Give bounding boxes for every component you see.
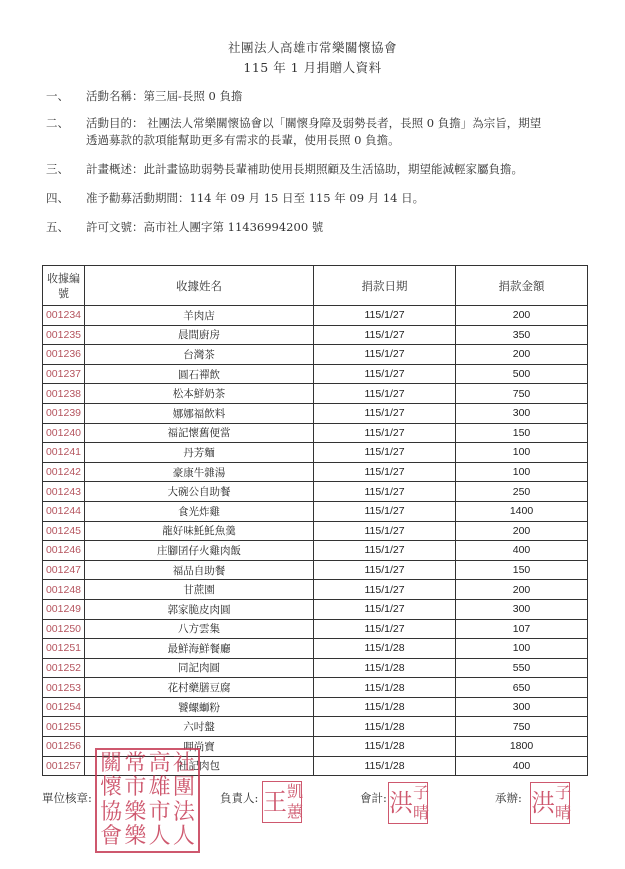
receipt-name-cell: 最鮮海鮮餐廳 xyxy=(85,639,314,659)
seal-char: 市 xyxy=(148,801,172,825)
seal-char: 懷 xyxy=(99,776,123,800)
receipt-id-cell: 001247 xyxy=(43,560,85,580)
donation-amount-cell: 1400 xyxy=(456,501,588,521)
info-item-period: 四、 准予勸募活動期間：114 年 09 月 15 日至 115 年 09 月 … xyxy=(46,190,84,207)
info-item-permit: 五、 許可文號：高市社人團字第 11436994200 號 xyxy=(46,219,84,236)
table-row: 001242豪康牛雜湯115/1/27100 xyxy=(43,462,588,482)
donation-date-cell: 115/1/27 xyxy=(314,403,456,423)
seal-char: 人 xyxy=(148,825,172,849)
donation-amount-cell: 350 xyxy=(456,325,588,345)
receipt-id-cell: 001254 xyxy=(43,697,85,717)
table-row: 001243大碗公自助餐115/1/27250 xyxy=(43,482,588,502)
receipt-name-cell: 八方雲集 xyxy=(85,619,314,639)
item-text: 活動目的： 社團法人常樂關懷協會以「關懷身障及弱勢長者，長照 0 負擔」為宗旨，… xyxy=(86,115,606,132)
seal-char: 蕙 xyxy=(287,802,303,822)
table-row: 001248甘蔗園115/1/27200 xyxy=(43,580,588,600)
receipt-name-cell: 晨間廚房 xyxy=(85,325,314,345)
seal-char: 洪 xyxy=(531,783,555,823)
table-row: 001234羊肉店115/1/27200 xyxy=(43,306,588,326)
donation-date-cell: 115/1/27 xyxy=(314,443,456,463)
donation-amount-cell: 500 xyxy=(456,364,588,384)
donation-amount-cell: 550 xyxy=(456,658,588,678)
donation-amount-cell: 400 xyxy=(456,541,588,561)
receipt-name-cell: 龍好味魠魠魚羹 xyxy=(85,521,314,541)
accountant-seal: 子 洪 晴 xyxy=(388,782,428,824)
donation-amount-cell: 200 xyxy=(456,345,588,365)
receipt-id-cell: 001244 xyxy=(43,501,85,521)
receipt-name-cell: 松本鮮奶茶 xyxy=(85,384,314,404)
table-row: 001255六吋盤115/1/28750 xyxy=(43,717,588,737)
receipt-id-cell: 001250 xyxy=(43,619,85,639)
donation-amount-cell: 1800 xyxy=(456,737,588,757)
donation-amount-cell: 150 xyxy=(456,560,588,580)
info-item-purpose: 二、 活動目的： 社團法人常樂關懷協會以「關懷身障及弱勢長者，長照 0 負擔」為… xyxy=(46,115,84,132)
donation-amount-cell: 100 xyxy=(456,443,588,463)
donation-amount-cell: 150 xyxy=(456,423,588,443)
donation-amount-cell: 750 xyxy=(456,717,588,737)
receipt-name-cell: 圓石禪飲 xyxy=(85,364,314,384)
table-row: 001251最鮮海鮮餐廳115/1/28100 xyxy=(43,639,588,659)
item-number: 一、 xyxy=(46,88,84,105)
seal-char: 常 xyxy=(123,752,147,776)
table-row: 001246庄腳囝仔火雞肉飯115/1/27400 xyxy=(43,541,588,561)
donation-date-cell: 115/1/27 xyxy=(314,345,456,365)
item-number: 四、 xyxy=(46,190,84,207)
table-row: 001238松本鮮奶茶115/1/27750 xyxy=(43,384,588,404)
donation-date-cell: 115/1/27 xyxy=(314,560,456,580)
item-number: 三、 xyxy=(46,161,84,178)
seal-char: 洪 xyxy=(389,783,413,823)
item-text: 計畫概述：此計畫協助弱勢長輩補助使用長期照顧及生活協助，期望能減輕家屬負擔。 xyxy=(86,161,606,178)
table-row: 001254饕螺螄粉115/1/28300 xyxy=(43,697,588,717)
receipt-id-cell: 001237 xyxy=(43,364,85,384)
donation-date-cell: 115/1/28 xyxy=(314,737,456,757)
accountant-label: 會計: xyxy=(360,790,387,806)
receipt-id-cell: 001238 xyxy=(43,384,85,404)
receipt-name-cell: 娜娜福飲料 xyxy=(85,403,314,423)
seal-char: 晴 xyxy=(555,803,571,823)
receipt-name-cell: 福記懷舊便當 xyxy=(85,423,314,443)
table-row: 001252同記肉圓115/1/28550 xyxy=(43,658,588,678)
receipt-name-cell: 福品自助餐 xyxy=(85,560,314,580)
receipt-id-cell: 001243 xyxy=(43,482,85,502)
item-number: 五、 xyxy=(46,219,84,236)
item-text: 活動名稱：第三屆-長照 0 負擔 xyxy=(86,88,606,105)
handler-label: 承辦: xyxy=(495,790,522,806)
item-text-continued: 透過募款的款項能幫助更多有需求的長輩，使用長照 0 負擔。 xyxy=(86,132,400,149)
receipt-id-cell: 001234 xyxy=(43,306,85,326)
receipt-id-cell: 001255 xyxy=(43,717,85,737)
donation-date-cell: 115/1/27 xyxy=(314,541,456,561)
receipt-name-cell: 羊肉店 xyxy=(85,306,314,326)
seal-char: 人 xyxy=(172,825,196,849)
donation-amount-cell: 200 xyxy=(456,306,588,326)
donation-date-cell: 115/1/28 xyxy=(314,658,456,678)
seal-char: 雄 xyxy=(148,776,172,800)
unit-seal-label: 單位核章: xyxy=(42,790,92,806)
donation-date-cell: 115/1/27 xyxy=(314,462,456,482)
seal-char: 凱 xyxy=(287,782,303,802)
receipt-id-cell: 001256 xyxy=(43,737,85,757)
receipt-name-cell: 大碗公自助餐 xyxy=(85,482,314,502)
responsible-person-seal: 凱 王 蕙 xyxy=(262,781,302,823)
table-row: 001240福記懷舊便當115/1/27150 xyxy=(43,423,588,443)
info-item-overview: 三、 計畫概述：此計畫協助弱勢長輩補助使用長期照顧及生活協助，期望能減輕家屬負擔… xyxy=(46,161,84,178)
seal-char: 王 xyxy=(263,782,287,822)
receipt-name-cell: 丹芳麵 xyxy=(85,443,314,463)
table-row: 001244食光炸雞115/1/271400 xyxy=(43,501,588,521)
donation-amount-cell: 400 xyxy=(456,756,588,776)
receipt-name-cell: 食光炸雞 xyxy=(85,501,314,521)
handler-seal: 子 洪 晴 xyxy=(530,782,570,824)
receipt-name-cell: 花村藥膳豆腐 xyxy=(85,678,314,698)
donation-date-cell: 115/1/28 xyxy=(314,756,456,776)
donation-date-cell: 115/1/27 xyxy=(314,501,456,521)
seal-char: 市 xyxy=(123,776,147,800)
table-row: 001236台灣茶115/1/27200 xyxy=(43,345,588,365)
receipt-id-cell: 001242 xyxy=(43,462,85,482)
receipt-id-cell: 001249 xyxy=(43,599,85,619)
donation-amount-cell: 750 xyxy=(456,384,588,404)
donation-date-cell: 115/1/27 xyxy=(314,521,456,541)
receipt-name-cell: 台灣茶 xyxy=(85,345,314,365)
receipt-name-cell: 庄腳囝仔火雞肉飯 xyxy=(85,541,314,561)
donation-amount-cell: 300 xyxy=(456,403,588,423)
receipt-id-cell: 001246 xyxy=(43,541,85,561)
item-number: 二、 xyxy=(46,115,84,132)
column-header-receipt-id: 收據編號 xyxy=(43,266,85,306)
receipt-id-cell: 001236 xyxy=(43,345,85,365)
table-header-row: 收據編號 收據姓名 捐款日期 捐款金額 xyxy=(43,266,588,306)
document-title: 115 年 1 月捐贈人資料 xyxy=(0,58,625,76)
table-row: 001237圓石禪飲115/1/27500 xyxy=(43,364,588,384)
receipt-name-cell: 郭家脆皮肉圓 xyxy=(85,599,314,619)
table-row: 001245龍好味魠魠魚羹115/1/27200 xyxy=(43,521,588,541)
receipt-name-cell: 甘蔗園 xyxy=(85,580,314,600)
table-row: 001253花村藥膳豆腐115/1/28650 xyxy=(43,678,588,698)
donation-date-cell: 115/1/27 xyxy=(314,599,456,619)
donation-amount-cell: 300 xyxy=(456,599,588,619)
seal-char: 會 xyxy=(99,825,123,849)
table-row: 001250八方雲集115/1/27107 xyxy=(43,619,588,639)
donation-date-cell: 115/1/27 xyxy=(314,619,456,639)
org-name: 社團法人高雄市常樂關懷協會 xyxy=(0,38,625,56)
seal-char: 協 xyxy=(99,801,123,825)
receipt-id-cell: 001241 xyxy=(43,443,85,463)
seal-char: 晴 xyxy=(413,803,429,823)
donation-date-cell: 115/1/28 xyxy=(314,717,456,737)
donation-amount-cell: 650 xyxy=(456,678,588,698)
donation-amount-cell: 200 xyxy=(456,521,588,541)
donation-date-cell: 115/1/27 xyxy=(314,364,456,384)
donation-amount-cell: 100 xyxy=(456,462,588,482)
seal-char: 團 xyxy=(172,776,196,800)
donation-amount-cell: 100 xyxy=(456,639,588,659)
table-row: 001235晨間廚房115/1/27350 xyxy=(43,325,588,345)
donation-date-cell: 115/1/28 xyxy=(314,639,456,659)
table-row: 001239娜娜福飲料115/1/27300 xyxy=(43,403,588,423)
donation-date-cell: 115/1/28 xyxy=(314,697,456,717)
table-row: 001249郭家脆皮肉圓115/1/27300 xyxy=(43,599,588,619)
receipt-id-cell: 001239 xyxy=(43,403,85,423)
receipt-name-cell: 豪康牛雜湯 xyxy=(85,462,314,482)
item-text: 准予勸募活動期間：114 年 09 月 15 日至 115 年 09 月 14 … xyxy=(86,190,606,207)
donation-amount-cell: 300 xyxy=(456,697,588,717)
column-header-receipt-name: 收據姓名 xyxy=(85,266,314,306)
donation-date-cell: 115/1/27 xyxy=(314,325,456,345)
receipt-id-cell: 001253 xyxy=(43,678,85,698)
donation-amount-cell: 200 xyxy=(456,580,588,600)
seal-char: 法 xyxy=(172,801,196,825)
column-header-donation-date: 捐款日期 xyxy=(314,266,456,306)
receipt-id-cell: 001251 xyxy=(43,639,85,659)
receipt-id-cell: 001248 xyxy=(43,580,85,600)
donation-date-cell: 115/1/27 xyxy=(314,423,456,443)
donation-date-cell: 115/1/27 xyxy=(314,384,456,404)
seal-char: 高 xyxy=(148,752,172,776)
receipt-id-cell: 001245 xyxy=(43,521,85,541)
info-item-activity-name: 一、 活動名稱：第三屆-長照 0 負擔 xyxy=(46,88,84,105)
seal-char: 子 xyxy=(413,783,429,803)
responsible-person-label: 負責人: xyxy=(220,790,258,806)
receipt-id-cell: 001240 xyxy=(43,423,85,443)
table-row: 001241丹芳麵115/1/27100 xyxy=(43,443,588,463)
seal-char: 子 xyxy=(555,783,571,803)
donation-table: 收據編號 收據姓名 捐款日期 捐款金額 001234羊肉店115/1/27200… xyxy=(42,265,588,776)
seal-char: 樂 xyxy=(123,801,147,825)
table-row: 001247福品自助餐115/1/27150 xyxy=(43,560,588,580)
seal-char: 樂 xyxy=(123,825,147,849)
receipt-id-cell: 001257 xyxy=(43,756,85,776)
donation-date-cell: 115/1/27 xyxy=(314,306,456,326)
receipt-id-cell: 001235 xyxy=(43,325,85,345)
donation-date-cell: 115/1/27 xyxy=(314,482,456,502)
organization-seal-stamp: 關 常 高 社 懷 市 雄 團 協 樂 市 法 會 樂 人 人 xyxy=(95,748,200,853)
seal-char: 關 xyxy=(99,752,123,776)
seal-char: 社 xyxy=(172,752,196,776)
receipt-name-cell: 饕螺螄粉 xyxy=(85,697,314,717)
receipt-name-cell: 六吋盤 xyxy=(85,717,314,737)
receipt-name-cell: 同記肉圓 xyxy=(85,658,314,678)
donation-date-cell: 115/1/28 xyxy=(314,678,456,698)
donation-date-cell: 115/1/27 xyxy=(314,580,456,600)
donation-amount-cell: 107 xyxy=(456,619,588,639)
column-header-donation-amount: 捐款金額 xyxy=(456,266,588,306)
donation-amount-cell: 250 xyxy=(456,482,588,502)
item-text: 許可文號：高市社人團字第 11436994200 號 xyxy=(86,219,606,236)
receipt-id-cell: 001252 xyxy=(43,658,85,678)
